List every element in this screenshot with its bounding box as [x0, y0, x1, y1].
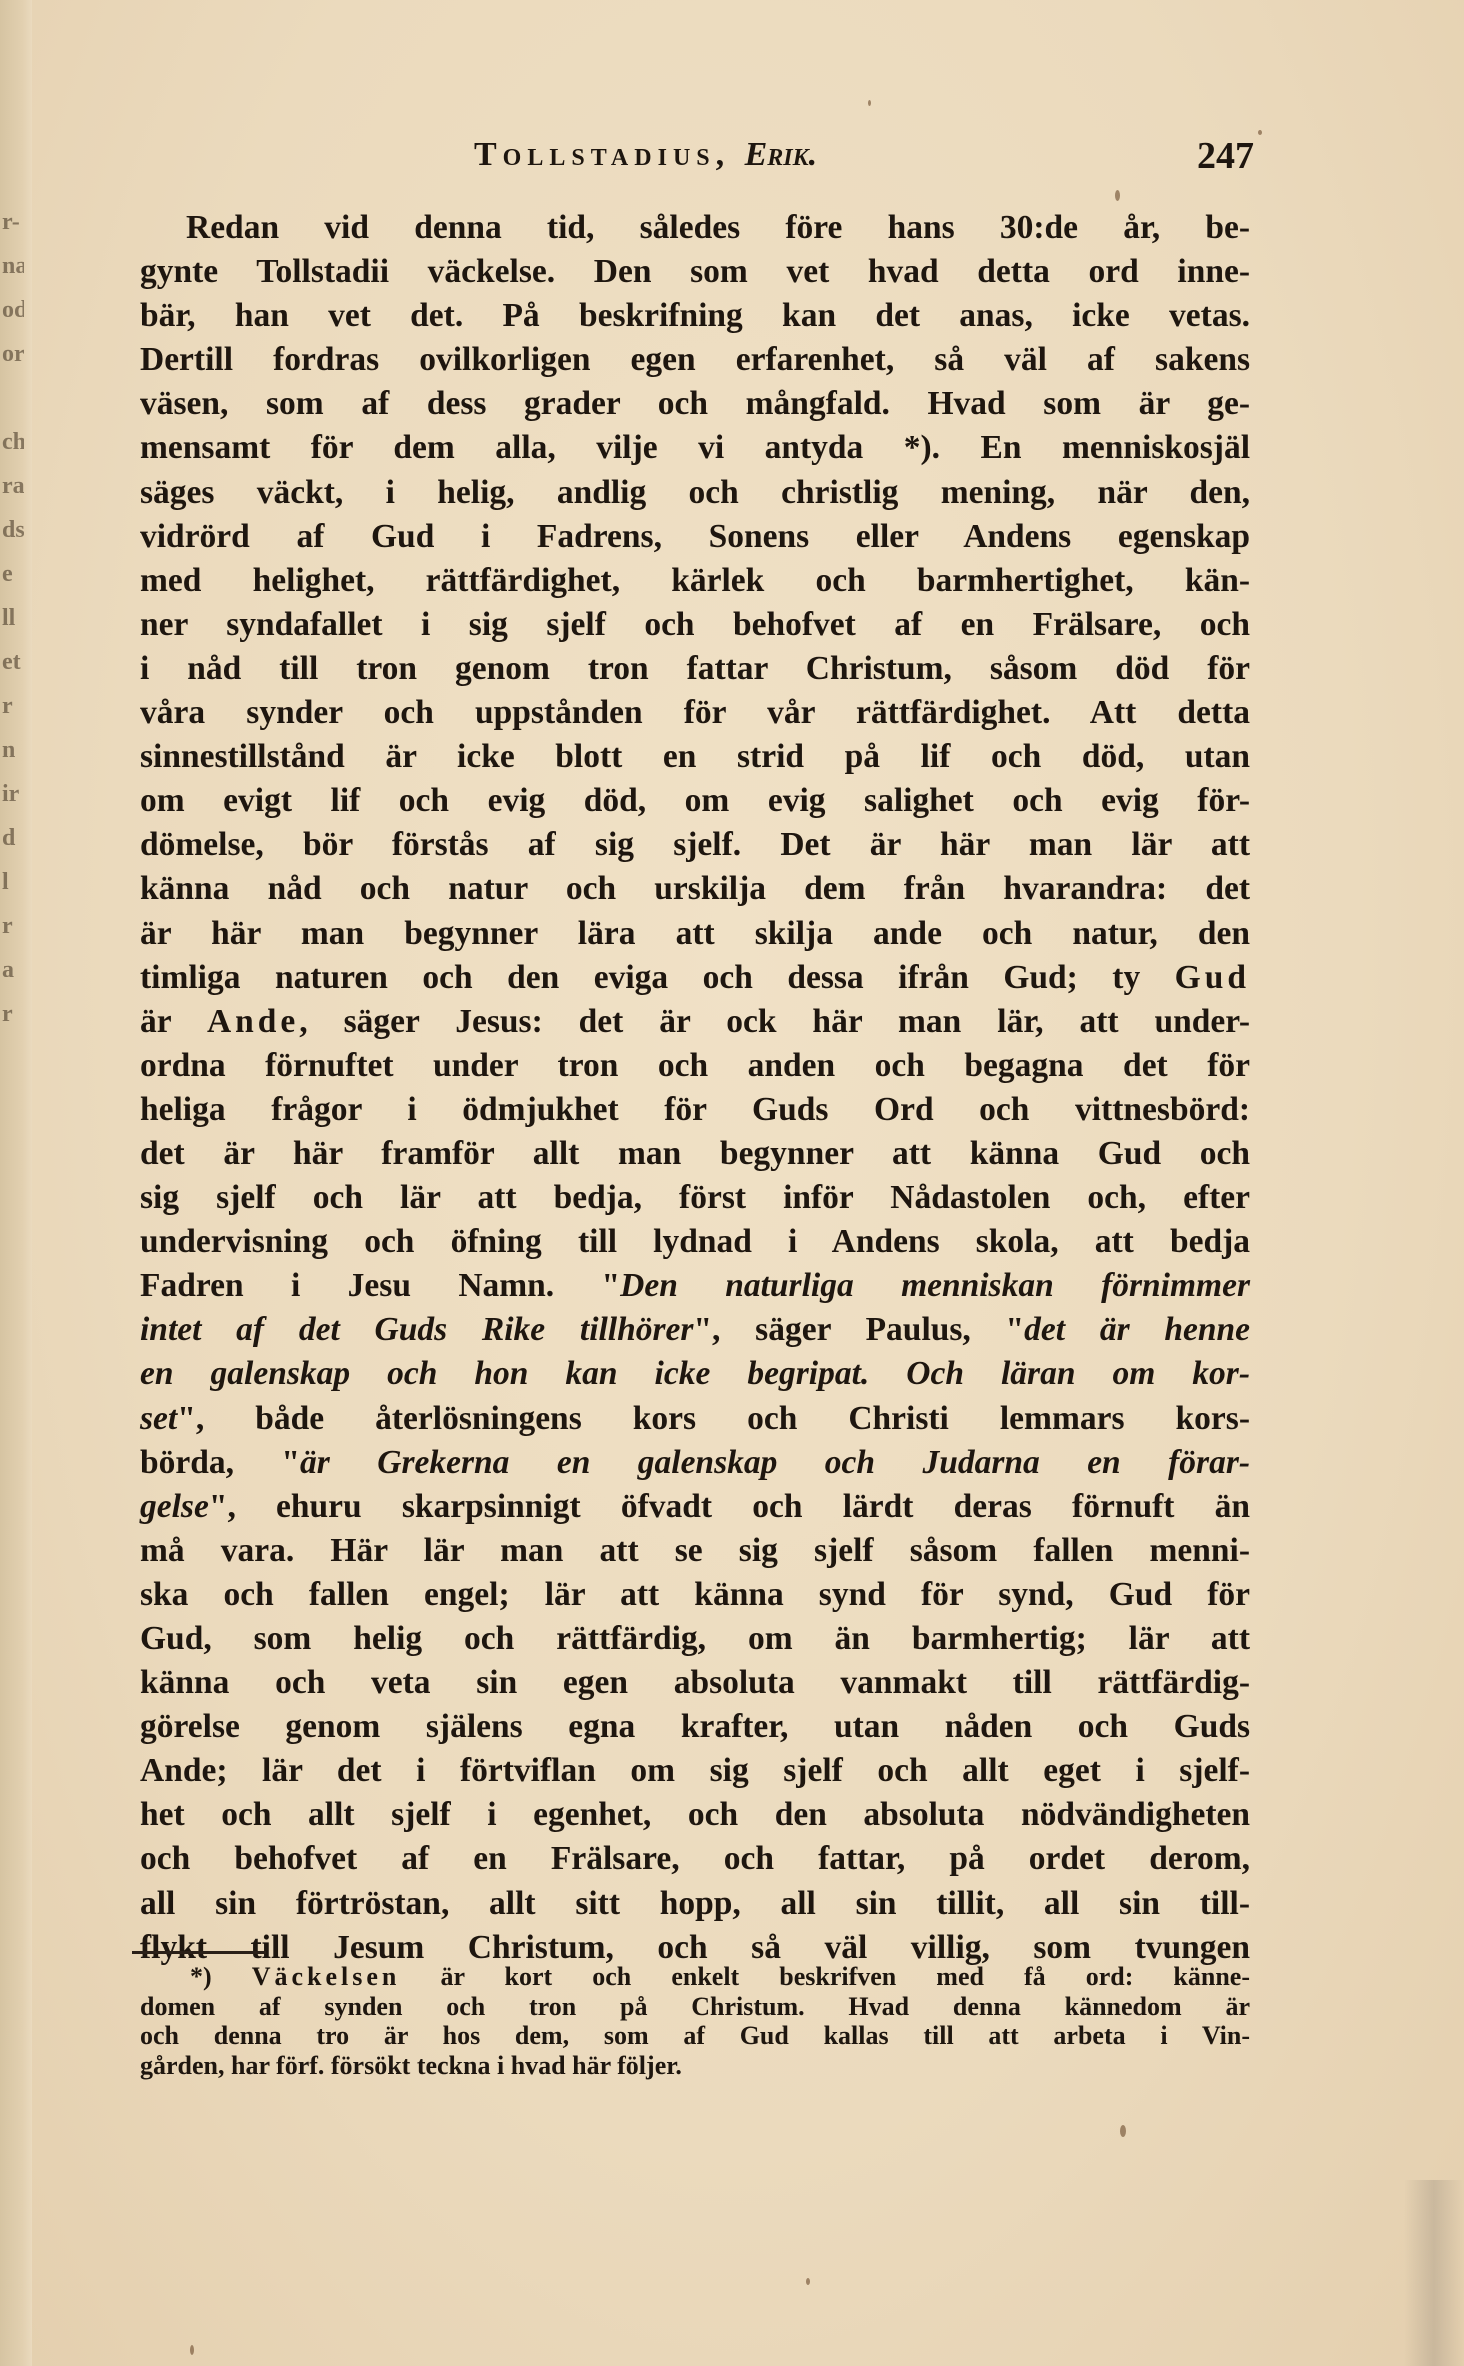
footnote-line: domen af synden och tron på Christum. Hv… [140, 1992, 1250, 2022]
body-line: ner syndafallet i sig sjelf och behofvet… [140, 603, 1250, 647]
body-line: må vara. Här lär man att se sig sjelf så… [140, 1529, 1250, 1573]
bleed-fragment: ra [2, 464, 24, 508]
body-line: Fadren i Jesu Namn. "Den naturliga menni… [140, 1264, 1250, 1308]
text-segment: timliga naturen och den eviga och dessa … [140, 959, 1175, 996]
text-segment: ordna förnuftet under tron och anden och… [140, 1047, 1250, 1084]
footnote: *) Väckelsen är kort och enkelt beskrifv… [140, 1962, 1250, 2080]
text-segment: Gud, som helig och rättfärdig, om än bar… [140, 1620, 1250, 1657]
text-segment: Redan vid denna tid, således före hans 3… [186, 209, 1250, 246]
text-segment: Dertill fordras ovilkorligen egen erfare… [140, 341, 1250, 378]
body-line: i nåd till tron genom tron fattar Christ… [140, 647, 1250, 691]
body-line: Gud, som helig och rättfärdig, om än bar… [140, 1617, 1250, 1661]
page-edge-shadow [1404, 2180, 1464, 2366]
text-segment: ", säger Paulus, " [693, 1311, 1024, 1348]
body-line: gynte Tollstadii väckelse. Den som vet h… [140, 250, 1250, 294]
text-segment: våra synder och uppstånden för vår rättf… [140, 694, 1250, 731]
text-segment: dömelse, bör förstås af sig sjelf. Det ä… [140, 826, 1250, 863]
body-line: om evigt lif och evig död, om evig salig… [140, 779, 1250, 823]
body-line: är Ande, säger Jesus: det är ock här man… [140, 1000, 1250, 1044]
body-line: intet af det Guds Rike tillhörer", säger… [140, 1308, 1250, 1352]
running-title-given-name: Erik. [745, 136, 818, 173]
body-line: känna och veta sin egen absoluta vanmakt… [140, 1661, 1250, 1705]
body-line: timliga naturen och den eviga och dessa … [140, 956, 1250, 1000]
body-line: Ande; lär det i förtviflan om sig sjelf … [140, 1749, 1250, 1793]
text-segment: känna nåd och natur och urskilja dem frå… [140, 870, 1250, 907]
book-page: r-naodor: chradselletrnirdlrar Tollstadi… [0, 0, 1464, 2366]
text-segment: och behofvet af en Frälsare, och fattar,… [140, 1840, 1250, 1877]
bleed-fragment: l [2, 860, 24, 904]
text-segment: vidrörd af Gud i Fadrens, Sonens eller A… [140, 518, 1250, 555]
page-number: 247 [1197, 134, 1254, 178]
bleed-fragment: ll [2, 596, 24, 640]
italic-text: är Grekerna en galenskap och Judarna en … [300, 1444, 1250, 1481]
text-segment: sinnestillstånd är icke blott en strid p… [140, 738, 1250, 775]
text-segment: med helighet, rättfärdighet, kärlek och … [140, 562, 1250, 599]
body-line: säges väckt, i helig, andlig och christl… [140, 471, 1250, 515]
bleed-fragment: ir [2, 772, 24, 816]
text-segment: ner syndafallet i sig sjelf och behofvet… [140, 606, 1250, 643]
emphasized-spaced-text: Gud [1175, 959, 1250, 996]
text-segment: börda, " [140, 1444, 300, 1481]
facing-page-bleed-through: r-naodor: chradselletrnirdlrar [2, 200, 24, 1036]
body-line: het och allt sjelf i egenhet, och den ab… [140, 1793, 1250, 1837]
text-segment: ", både återlösningens kors och Christi … [177, 1400, 1250, 1437]
footnote-line: gården, har förf. försökt teckna i hvad … [140, 2051, 1250, 2081]
bleed-fragment: n [2, 728, 24, 772]
text-segment: mensamt för dem alla, vilje vi antyda *)… [140, 429, 1250, 466]
text-segment: ska och fallen engel; lär att känna synd… [140, 1576, 1250, 1613]
body-line: känna nåd och natur och urskilja dem frå… [140, 867, 1250, 911]
text-segment: och denna tro är hos dem, som af Gud kal… [140, 2021, 1250, 2050]
italic-text: Den naturliga menniskan förnimmer [620, 1267, 1250, 1304]
body-line: börda, "är Grekerna en galenskap och Jud… [140, 1441, 1250, 1485]
bleed-fragment: ch [2, 420, 24, 464]
text-segment: ", ehuru skarpsinnigt öfvadt och lärdt d… [209, 1488, 1250, 1525]
bleed-fragment: d [2, 816, 24, 860]
emphasized-spaced-text: Väckelsen [252, 1962, 401, 1991]
bleed-fragment: or: [2, 332, 24, 376]
body-line: och behofvet af en Frälsare, och fattar,… [140, 1837, 1250, 1881]
bleed-fragment: r [2, 992, 24, 1036]
italic-text: en galenskap och hon kan icke begripat. … [140, 1355, 1250, 1392]
bleed-fragment: na [2, 244, 24, 288]
text-segment: domen af synden och tron på Christum. Hv… [140, 1992, 1250, 2021]
text-segment: säges väckt, i helig, andlig och christl… [140, 474, 1250, 511]
paper-speck [1115, 190, 1120, 201]
body-line: med helighet, rättfärdighet, kärlek och … [140, 559, 1250, 603]
text-segment: sig sjelf och lär att bedja, först inför… [140, 1179, 1250, 1216]
running-head: Tollstadius, Erik. 247 [474, 132, 1254, 182]
paper-speck [1258, 130, 1262, 135]
text-segment: det är här framför allt man begynner att… [140, 1135, 1250, 1172]
body-line: det är här framför allt man begynner att… [140, 1132, 1250, 1176]
bleed-fragment: e [2, 552, 24, 596]
body-line: set", både återlösningens kors och Chris… [140, 1397, 1250, 1441]
body-line: bär, han vet det. På beskrifning kan det… [140, 294, 1250, 338]
text-segment: , säger Jesus: det är ock här man lär, a… [299, 1003, 1250, 1040]
body-line: väsen, som af dess grader och mångfald. … [140, 382, 1250, 426]
italic-text: intet af det Guds Rike tillhörer [140, 1311, 693, 1348]
body-line: är här man begynner lära att skilja ande… [140, 912, 1250, 956]
body-line: sig sjelf och lär att bedja, först inför… [140, 1176, 1250, 1220]
text-segment: *) [190, 1962, 252, 1991]
body-line: våra synder och uppstånden för vår rättf… [140, 691, 1250, 735]
text-segment: är [140, 1003, 207, 1040]
body-line: görelse genom själens egna krafter, utan… [140, 1705, 1250, 1749]
footnote-rule [132, 1951, 266, 1954]
paper-speck [868, 100, 871, 106]
bleed-fragment: r [2, 904, 24, 948]
text-segment: bär, han vet det. På beskrifning kan det… [140, 297, 1250, 334]
text-segment: Ande; lär det i förtviflan om sig sjelf … [140, 1752, 1250, 1789]
bleed-fragment: ds [2, 508, 24, 552]
text-segment: är kort och enkelt beskrifven med få ord… [400, 1962, 1250, 1991]
text-segment: må vara. Här lär man att se sig sjelf så… [140, 1532, 1250, 1569]
bleed-fragment: r [2, 684, 24, 728]
bleed-fragment: r- [2, 200, 24, 244]
body-line: all sin förtröstan, allt sitt hopp, all … [140, 1882, 1250, 1926]
bleed-fragment: a [2, 948, 24, 992]
paper-speck [190, 2345, 194, 2355]
footnote-line: *) Väckelsen är kort och enkelt beskrifv… [140, 1962, 1250, 1992]
italic-text: set [140, 1400, 177, 1437]
body-line: mensamt för dem alla, vilje vi antyda *)… [140, 426, 1250, 470]
text-segment: undervisning och öfning till lydnad i An… [140, 1223, 1250, 1260]
body-line: Redan vid denna tid, således före hans 3… [140, 206, 1250, 250]
italic-text: det är henne [1024, 1311, 1250, 1348]
text-segment: om evigt lif och evig död, om evig salig… [140, 782, 1250, 819]
body-line: ska och fallen engel; lär att känna synd… [140, 1573, 1250, 1617]
text-segment: all sin förtröstan, allt sitt hopp, all … [140, 1885, 1250, 1922]
text-segment: Fadren i Jesu Namn. " [140, 1267, 620, 1304]
body-line: undervisning och öfning till lydnad i An… [140, 1220, 1250, 1264]
footnote-line: och denna tro är hos dem, som af Gud kal… [140, 2021, 1250, 2051]
body-line: en galenskap och hon kan icke begripat. … [140, 1352, 1250, 1396]
text-segment: heliga frågor i ödmjukhet för Guds Ord o… [140, 1091, 1250, 1128]
body-line: sinnestillstånd är icke blott en strid p… [140, 735, 1250, 779]
paper-speck [1120, 2125, 1126, 2137]
text-segment: i nåd till tron genom tron fattar Christ… [140, 650, 1250, 687]
body-line: heliga frågor i ödmjukhet för Guds Ord o… [140, 1088, 1250, 1132]
text-segment: känna och veta sin egen absoluta vanmakt… [140, 1664, 1250, 1701]
body-line: gelse", ehuru skarpsinnigt öfvadt och lä… [140, 1485, 1250, 1529]
body-line: dömelse, bör förstås af sig sjelf. Det ä… [140, 823, 1250, 867]
body-line: Dertill fordras ovilkorligen egen erfare… [140, 338, 1250, 382]
running-title: Tollstadius, Erik. [474, 136, 817, 174]
text-segment: görelse genom själens egna krafter, utan… [140, 1708, 1250, 1745]
italic-text: gelse [140, 1488, 209, 1525]
bleed-fragment [2, 376, 24, 420]
text-segment: flykt till Jesum Christum, och så väl vi… [140, 1929, 1250, 1966]
text-segment: gården, har förf. försökt teckna i hvad … [140, 2051, 682, 2080]
text-segment: väsen, som af dess grader och mångfald. … [140, 385, 1250, 422]
emphasized-spaced-text: Ande [207, 1003, 299, 1040]
bleed-fragment: et [2, 640, 24, 684]
text-segment: är här man begynner lära att skilja ande… [140, 915, 1250, 952]
text-segment: het och allt sjelf i egenhet, och den ab… [140, 1796, 1250, 1833]
paper-speck [806, 2278, 810, 2285]
body-line: vidrörd af Gud i Fadrens, Sonens eller A… [140, 515, 1250, 559]
running-title-surname: Tollstadius, [474, 136, 730, 173]
text-segment: gynte Tollstadii väckelse. Den som vet h… [140, 253, 1250, 290]
body-text: Redan vid denna tid, således före hans 3… [140, 206, 1250, 1970]
body-line: ordna förnuftet under tron och anden och… [140, 1044, 1250, 1088]
bleed-fragment: od [2, 288, 24, 332]
